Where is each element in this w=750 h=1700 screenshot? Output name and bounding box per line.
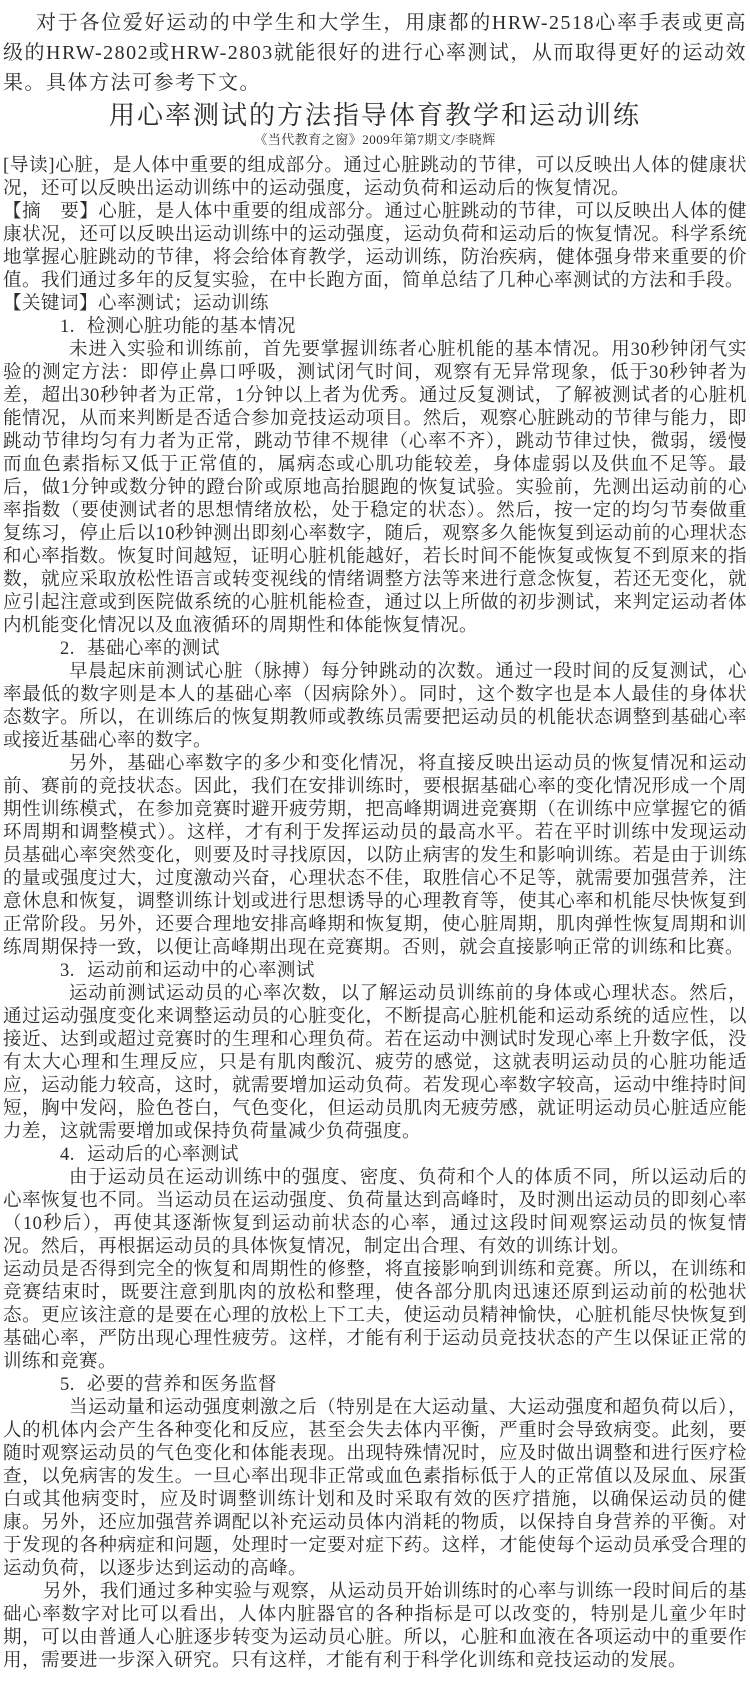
article-paragraph: [导读]心脏，是人体中重要的组成部分。通过心脏跳动的节律，可以反映出人体的健康状… <box>3 155 747 201</box>
section-heading: 4.运动后的心率测试 <box>3 1144 747 1167</box>
article-source-line: 《当代教育之窗》2009年第7期文/李晓辉 <box>3 131 747 148</box>
section-heading: 2.基础心率的测试 <box>3 638 747 661</box>
article-paragraph: 当运动量和运动强度刺激之后（特别是在大运动量、大运动强度和超负荷以后），人的机体… <box>3 1397 747 1581</box>
heading-text: 基础心率的测试 <box>87 639 220 659</box>
article-paragraph: 运动前测试运动员的心率次数，以了解运动员训练前的身体或心理状态。然后，通过运动强… <box>3 983 747 1144</box>
heading-number: 4. <box>60 1145 75 1165</box>
article-paragraph: 未进入实验和训练前，首先要掌握训练者心脏机能的基本情况。用30秒钟闭气实验的测定… <box>3 339 747 638</box>
article-title: 用心率测试的方法指导体育教学和运动训练 <box>3 100 747 131</box>
heading-text: 必要的营养和医务监督 <box>87 1375 277 1395</box>
section-heading: 1.检测心脏功能的基本情况 <box>3 316 747 339</box>
intro-paragraph: 对于各位爱好运动的中学生和大学生，用康都的HRW-2518心率手表或更高级的HR… <box>3 8 747 98</box>
article-paragraph: 【摘 要】心脏，是人体中重要的组成部分。通过心脏跳动的节律，可以反映出人体的健康… <box>3 201 747 293</box>
article-paragraph: 早晨起床前测试心脏（脉搏）每分钟跳动的次数。通过一段时间的反复测试，心率最低的数… <box>3 661 747 753</box>
heading-number: 5. <box>60 1375 75 1395</box>
article-paragraph: 【关键词】心率测试；运动训练 <box>3 293 747 316</box>
article-paragraph: 另外，我们通过多种实验与观察，从运动员开始训练时的心率与训练一段时间后的基础心率… <box>3 1581 747 1673</box>
article-paragraph: 由于运动员在运动训练中的强度、密度、负荷和个人的体质不同，所以运动后的心率恢复也… <box>3 1167 747 1259</box>
heading-number: 2. <box>60 639 75 659</box>
section-heading: 3.运动前和运动中的心率测试 <box>3 960 747 983</box>
heading-text: 检测心脏功能的基本情况 <box>87 317 296 337</box>
heading-number: 1. <box>60 317 75 337</box>
heading-number: 3. <box>60 961 75 981</box>
article-body: [导读]心脏，是人体中重要的组成部分。通过心脏跳动的节律，可以反映出人体的健康状… <box>3 155 747 1673</box>
article-paragraph: 运动员是否得到完全的恢复和周期性的修整，将直接影响到训练和竞赛。所以，在训练和竞… <box>3 1259 747 1374</box>
heading-text: 运动后的心率测试 <box>87 1145 239 1165</box>
article-paragraph: 另外，基础心率数字的多少和变化情况，将直接反映出运动员的恢复情况和运动前、赛前的… <box>3 753 747 960</box>
document-page: 对于各位爱好运动的中学生和大学生，用康都的HRW-2518心率手表或更高级的HR… <box>0 0 750 1673</box>
heading-text: 运动前和运动中的心率测试 <box>87 961 315 981</box>
section-heading: 5.必要的营养和医务监督 <box>3 1374 747 1397</box>
